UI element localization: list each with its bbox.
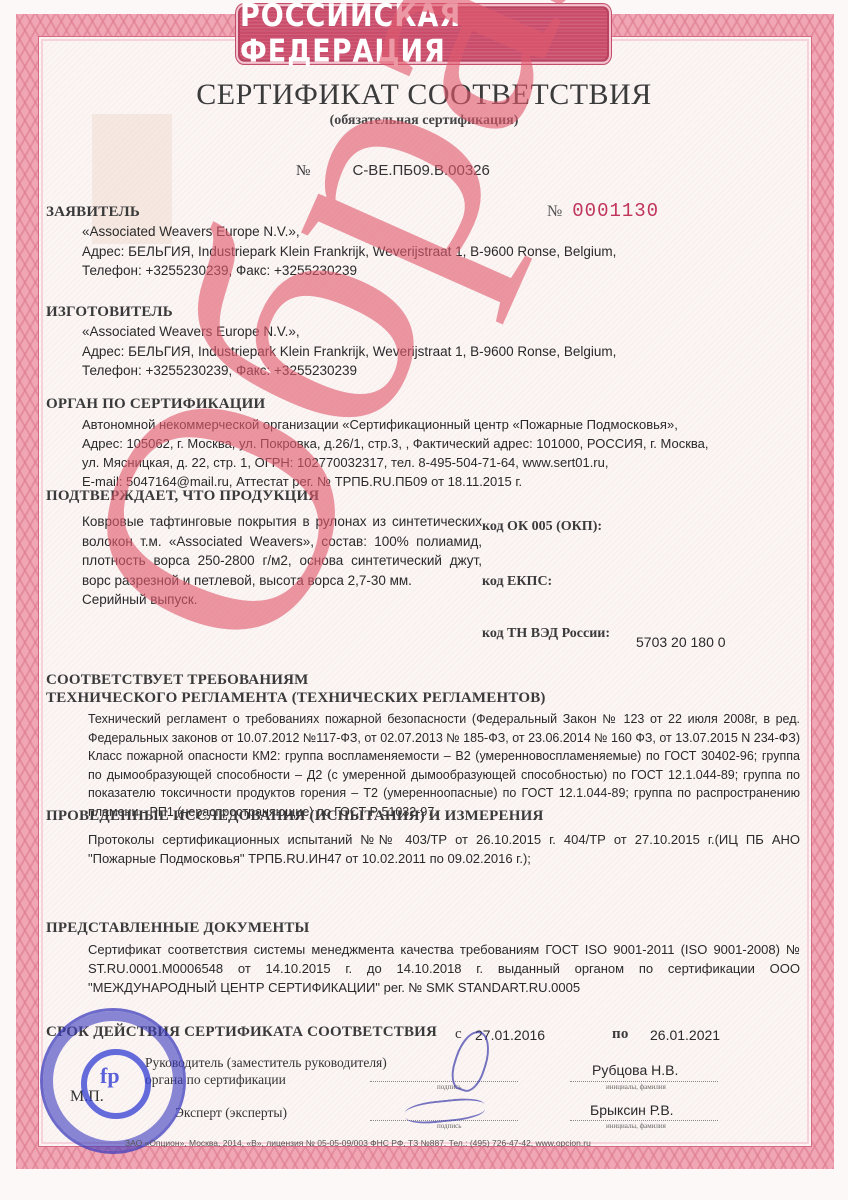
documents-heading: ПРЕДСТАВЛЕННЫЕ ДОКУМЕНТЫ (46, 920, 309, 937)
certification-body-address: Адрес: 105062, г. Москва, ул. Покровка, … (82, 434, 709, 453)
certification-body-name: Автономной некоммерческой организации «С… (82, 415, 709, 434)
validity-to-label: по (612, 1026, 629, 1043)
manufacturer-details: «Associated Weavers Europe N.V.», Адрес:… (82, 322, 616, 381)
validity-from-label: с (455, 1026, 462, 1043)
applicant-address: Адрес: БЕЛЬГИЯ, Industriepark Klein Fran… (82, 242, 616, 262)
manufacturer-address: Адрес: БЕЛЬГИЯ, Industriepark Klein Fran… (82, 342, 616, 362)
number-sign: № (296, 163, 310, 179)
documents-text: Сертификат соответствия системы менеджме… (88, 940, 800, 997)
manufacturer-heading: ИЗГОТОВИТЕЛЬ (46, 304, 173, 321)
applicant-phone: Телефон: +3255230239, Факс: +3255230239 (82, 261, 616, 281)
certification-stamp-icon: fp (40, 1008, 186, 1154)
certification-body-heading: ОРГАН ПО СЕРТИФИКАЦИИ (46, 396, 265, 413)
head-signature-line (370, 1081, 518, 1082)
tnved-code-value: 5703 20 180 0 (636, 634, 726, 650)
certification-body-details: Автономной некоммерческой организации «С… (82, 415, 709, 491)
okp-code-label: код ОК 005 (ОКП): (482, 519, 602, 535)
product-text: Ковровые тафтинговые покрытия в рулонах … (82, 512, 482, 590)
certificate-title: СЕРТИФИКАТ СООТВЕТСТВИЯ (0, 78, 848, 112)
expert-name-caption: инициалы, фамилия (606, 1122, 666, 1130)
head-name-line (570, 1081, 718, 1082)
requirements-heading: СООТВЕТСТВУЕТ ТРЕБОВАНИЯМ (46, 672, 308, 689)
requirements-text: Технический регламент о требованиях пожа… (88, 710, 800, 821)
tnved-code-label: код ТН ВЭД России: (482, 626, 610, 642)
tests-text: Протоколы сертификационных испытаний №№ … (88, 830, 800, 868)
validity-to-date: 26.01.2021 (650, 1027, 720, 1043)
expert-label: Эксперт (эксперты) (175, 1105, 287, 1121)
expert-signature-caption: подпись (437, 1122, 461, 1130)
stamp-logo-glyph: fp (100, 1063, 120, 1089)
certification-body-contacts: ул. Мясницкая, д. 22, стр. 1, ОГРН: 1027… (82, 453, 709, 472)
certificate-number: № С-ВЕ.ПБ09.В.00326 (296, 162, 490, 180)
head-name-caption: инициалы, фамилия (606, 1083, 666, 1091)
product-release: Серийный выпуск. (82, 590, 482, 610)
certificate-number-value: С-ВЕ.ПБ09.В.00326 (352, 162, 489, 179)
applicant-details: «Associated Weavers Europe N.V.», Адрес:… (82, 222, 616, 281)
head-name: Рубцова Н.В. (592, 1062, 678, 1078)
expert-name: Брыксин Р.В. (590, 1102, 674, 1118)
number-sign: № (547, 203, 562, 220)
tests-heading: ПРОВЕДЕННЫЕ ИССЛЕДОВАНИЯ (ИСПЫТАНИЯ) И И… (46, 808, 544, 825)
applicant-name: «Associated Weavers Europe N.V.», (82, 222, 616, 242)
applicant-heading: ЗАЯВИТЕЛЬ (46, 204, 140, 221)
product-description: Ковровые тафтинговые покрытия в рулонах … (82, 512, 482, 610)
expert-name-line (570, 1120, 718, 1121)
printer-footer: ЗАО «Опцион», Москва, 2014, «В», лицензи… (125, 1138, 591, 1148)
blank-number-value: 0001130 (572, 200, 659, 222)
blank-number: № 0001130 (547, 200, 659, 222)
ekps-code-label: код ЕКПС: (482, 574, 552, 590)
regulations-heading: ТЕХНИЧЕСКОГО РЕГЛАМЕНТА (ТЕХНИЧЕСКИХ РЕГ… (46, 690, 546, 707)
manufacturer-name: «Associated Weavers Europe N.V.», (82, 322, 616, 342)
certificate-subtitle: (обязательная сертификация) (0, 113, 848, 129)
product-heading: ПОДТВЕРЖДАЕТ, ЧТО ПРОДУКЦИЯ (46, 488, 319, 505)
country-banner: РОССИЙСКАЯ ФЕДЕРАЦИЯ (238, 6, 609, 61)
manufacturer-phone: Телефон: +3255230239, Факс: +3255230239 (82, 361, 616, 381)
